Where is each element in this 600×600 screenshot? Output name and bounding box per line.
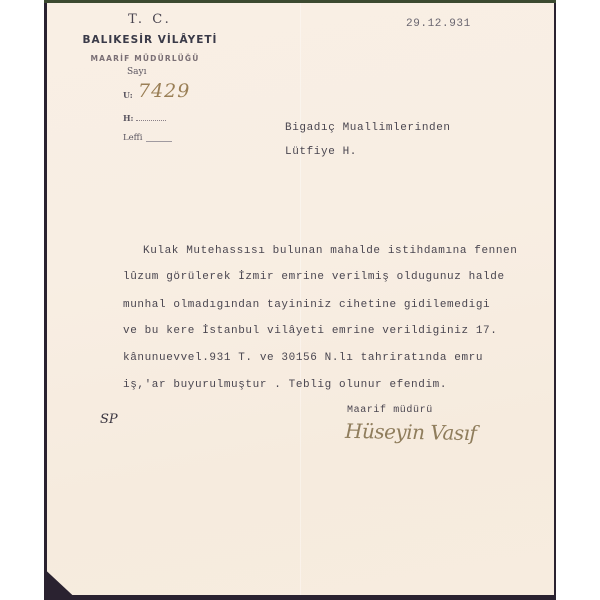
handwritten-reference-number: 7429 xyxy=(138,80,190,102)
body-line-3: munhal olmadıgından tayininiz cihetine g… xyxy=(123,299,490,311)
signatory-title: Maarif müdürü xyxy=(347,405,433,416)
letter-date: 29.12.931 xyxy=(406,18,471,30)
body-line-6: iş,'ar buyurulmuştur . Teblig olunur efe… xyxy=(123,379,447,391)
h-label: H: xyxy=(123,113,134,123)
body-line-4: ve bu kere İstanbul vilâyeti emrine veri… xyxy=(123,325,497,337)
handwritten-signature: Hüseyin Vasıf xyxy=(345,419,477,445)
u-label: U: xyxy=(123,90,133,100)
h-blank-line xyxy=(136,120,166,121)
leffi-label: Leffi xyxy=(123,133,142,143)
recipient-line-2: Lütfiye H. xyxy=(285,146,357,158)
letterhead-state: T. C. xyxy=(70,12,230,27)
body-line-5: kânunuevvel.931 T. ve 30156 N.lı tahrira… xyxy=(123,352,483,364)
letterhead-directorate: MAARİF MÜDÜRLÜĞÜ xyxy=(60,54,230,63)
handwritten-initials: SP xyxy=(100,412,118,427)
body-line-2: lûzum görülerek İzmir emrine verilmiş ol… xyxy=(123,271,505,283)
sayi-label: Sayı xyxy=(127,67,147,77)
leffi-blank-line xyxy=(146,141,172,142)
letterhead-province: BALIKESİR VİLÂYETİ xyxy=(60,34,240,46)
body-line-1: Kulak Mutehassısı bulunan mahalde istihd… xyxy=(143,245,517,257)
recipient-line-1: Bigadıç Muallimlerinden xyxy=(285,122,451,134)
